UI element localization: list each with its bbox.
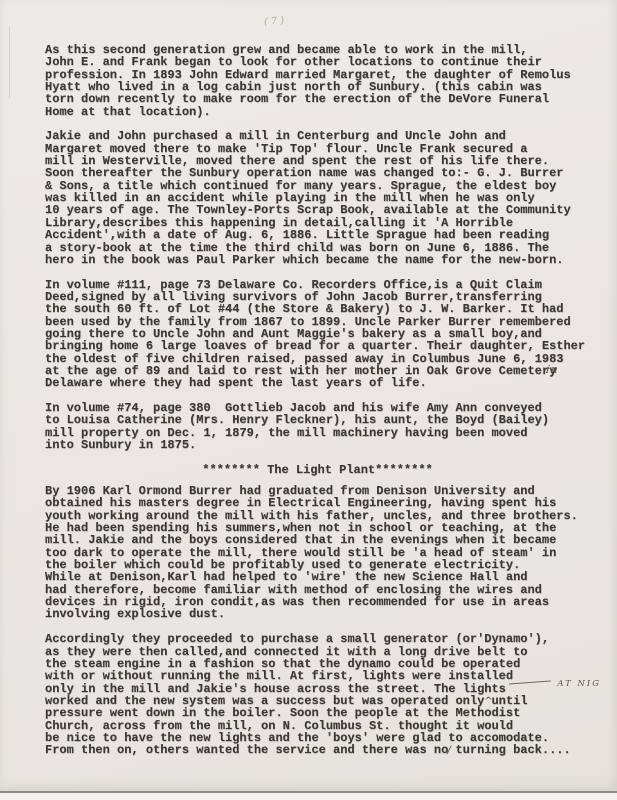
paragraph: Jakie and John purchased a mill in Cente… bbox=[45, 130, 590, 266]
text-line: Accordingly they proceeded to purchase a… bbox=[45, 633, 590, 645]
section-heading: ******** The Light Plant******** bbox=[45, 464, 590, 476]
document-body: As this second generation grew and becam… bbox=[45, 44, 590, 769]
handwritten-margin-note: AT NIG bbox=[509, 678, 601, 690]
text-line: the south 60 ft. of Lot #44 (the Store &… bbox=[45, 303, 590, 315]
text-line: Jakie and John purchased a mill in Cente… bbox=[45, 130, 590, 142]
text-line: torn down recently to make room for the … bbox=[45, 93, 590, 105]
handwritten-annotation: in bbox=[545, 364, 560, 376]
text-line: From then on, others wanted the service … bbox=[45, 744, 590, 756]
text-line: 10 years of age. The Townley-Ports Scrap… bbox=[45, 204, 590, 216]
handwritten-annotation: / bbox=[447, 745, 450, 757]
document-page: (7) As this second generation grew and b… bbox=[0, 0, 617, 793]
text-line: obtained his masters degree in Electrica… bbox=[45, 497, 590, 509]
text-line: a story-book at the time the third child… bbox=[45, 242, 590, 254]
text-line: Accident',with a date of Aug. 6, 1886. L… bbox=[45, 229, 590, 241]
text-line: bringing home 6 large loaves of bread fo… bbox=[45, 340, 590, 352]
text-line: hero in the book was Paul Parker which b… bbox=[45, 254, 590, 266]
text-line: While at Denison,Karl had helped to 'wir… bbox=[45, 571, 590, 583]
text-line: Soon thereafter the Sunbury operation na… bbox=[45, 167, 590, 179]
text-line: mill. Jakie and the boys considered that… bbox=[45, 534, 590, 546]
text-line: as they were then called,and connected i… bbox=[45, 646, 590, 658]
paragraph: By 1906 Karl Ormond Burrer had graduated… bbox=[45, 485, 590, 621]
paragraph: Accordingly they proceeded to purchase a… bbox=[45, 633, 590, 756]
page-number-annotation: (7) bbox=[264, 15, 288, 28]
text-line: pressure went down in the boiler. Soon t… bbox=[45, 707, 590, 719]
text-line: Delaware where they had spent the last y… bbox=[45, 377, 590, 389]
text-line: Home at that location). bbox=[45, 106, 590, 118]
text-line: with or without running the mill. At fir… bbox=[45, 670, 590, 682]
text-line: involving explosive dust. bbox=[45, 608, 590, 620]
text-line: John E. and Frank began to look for othe… bbox=[45, 56, 590, 68]
text-line: to Louisa Catherine (Mrs. Henry Fleckner… bbox=[45, 414, 590, 426]
paragraph: In volume #74, page 380 Gottlieb Jacob a… bbox=[45, 402, 590, 451]
paragraph: As this second generation grew and becam… bbox=[45, 44, 590, 118]
text-line: into Sunbury in 1875. bbox=[45, 439, 590, 451]
paragraph: In volume #111, page 73 Delaware Co. Rec… bbox=[45, 279, 590, 390]
